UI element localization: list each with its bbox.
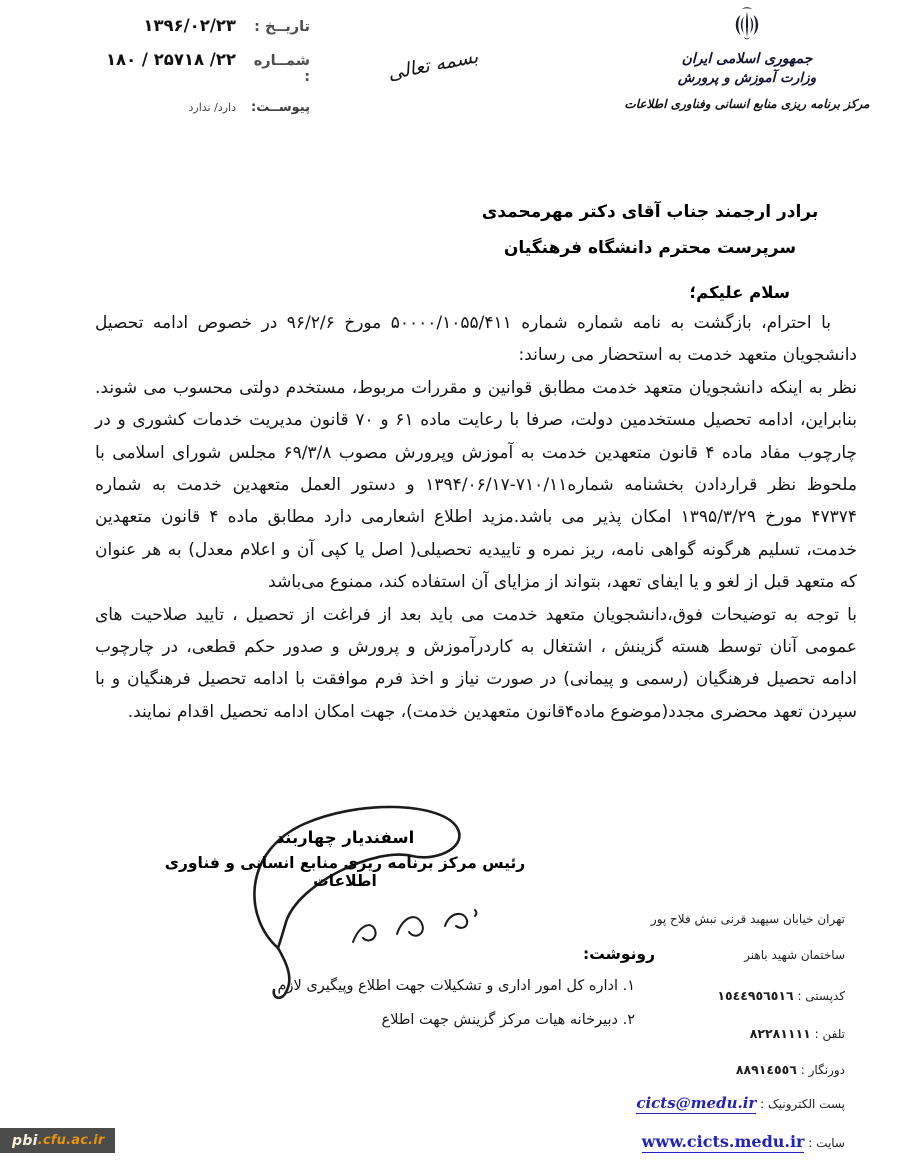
watermark-link[interactable]: pbi.cfu.ac.ir bbox=[0, 1128, 115, 1153]
footer-postal-line: کدپستی : ١٥٤٤٩٥٦٥١٦ bbox=[717, 988, 845, 1003]
body-line: چارچوب مفاد ماده ۴ قانون متعهدین خدمت به… bbox=[95, 437, 857, 469]
body-line: ادامه تحصیل فرهنگیان (رسمی و پیمانی) در … bbox=[95, 663, 857, 695]
footer-address-line2: ساختمان شهید باهنر bbox=[744, 948, 845, 962]
body-line: دانشجویان متعهد خدمت به استحضار می رساند… bbox=[95, 339, 857, 371]
postal-value: ١٥٤٤٩٥٦٥١٦ bbox=[717, 988, 793, 1003]
cc-label: رونوشت: bbox=[275, 945, 655, 963]
body-line: ملحوظ نظر قراردادن بخشنامه شماره۷۱۰/۱۱-۱… bbox=[95, 469, 857, 501]
meta-number-row: شمــاره : ۲۲/ ۲۵۷۱۸ / ۱۸۰ bbox=[95, 50, 310, 85]
website-label: سایت : bbox=[808, 1136, 845, 1150]
email-label: پست الکترونیک : bbox=[760, 1097, 845, 1111]
fax-label: دورنگار : bbox=[801, 1063, 845, 1077]
number-value: ۲۲/ ۲۵۷۱۸ / ۱۸۰ bbox=[106, 50, 236, 69]
iran-national-emblem-icon bbox=[727, 4, 767, 48]
watermark-suffix: .cfu.ac.ir bbox=[38, 1133, 105, 1148]
letterhead-country: جمهوری اسلامی ایران bbox=[622, 50, 872, 69]
cc-block: رونوشت: ۱. اداره کل امور اداری و تشکیلات… bbox=[275, 945, 655, 1037]
body-line: ۴۷۳۷۴ مورخ ۱۳۹۵/۳/۲۹ امکان پذیر می باشد.… bbox=[95, 501, 857, 533]
body-line: بنابراین، ادامه تحصیل مستخدمین دولت، صرف… bbox=[95, 404, 857, 436]
body-line: عمومی آنان توسط هسته گزینش ، اشتغال به ک… bbox=[95, 631, 857, 663]
phone-label: تلفن : bbox=[815, 1027, 845, 1041]
letter-body: با احترام، بازگشت به نامه شماره شماره ۵۰… bbox=[95, 307, 857, 728]
email-link[interactable]: cicts@medu.ir bbox=[636, 1094, 756, 1114]
besmellah-calligraphy: بسمه تعالی bbox=[377, 44, 489, 87]
footer-address-line1: تهران خیابان سپهبد قرنی نبش فلاح پور bbox=[651, 912, 845, 926]
attachment-label: پیوســت: bbox=[246, 100, 310, 115]
body-line: با احترام، بازگشت به نامه شماره شماره ۵۰… bbox=[95, 307, 857, 339]
signature-block: اسفندیار چهاربند رئیس مرکز برنامه ریزی م… bbox=[160, 828, 530, 890]
letterhead-center-name: مرکز برنامه ریزی منابع انسانی وفناوری اط… bbox=[622, 97, 872, 111]
recipient-name-line: برادر ارجمند جناب آقای دکتر مهرمحمدی bbox=[460, 194, 840, 230]
salutation: سلام علیکم؛ bbox=[690, 283, 790, 302]
cc-item: ۲. دبیرخانه هیات مرکز گزینش جهت اطلاع bbox=[275, 1003, 655, 1037]
footer-email-line: پست الکترونیک : cicts@medu.ir bbox=[636, 1094, 845, 1112]
recipient-title-line: سرپرست محترم دانشگاه فرهنگیان bbox=[460, 230, 840, 266]
footer-website-line: سایت : www.cicts.medu.ir bbox=[642, 1132, 845, 1151]
letter-meta-block: تاریــخ : ۱۳۹۶/۰۲/۲۳ شمــاره : ۲۲/ ۲۵۷۱۸… bbox=[95, 16, 310, 130]
letterhead: جمهوری اسلامی ایران وزارت آموزش و پرورش … bbox=[622, 4, 872, 111]
footer-phone-line: تلفن : ٨٢٢٨١١١١ bbox=[750, 1026, 845, 1041]
body-line: سپردن تعهد محضری مجدد(موضوع ماده۴قانون م… bbox=[95, 696, 857, 728]
recipient-block: برادر ارجمند جناب آقای دکتر مهرمحمدی سرپ… bbox=[460, 194, 840, 266]
number-label: شمــاره : bbox=[246, 53, 310, 85]
date-value: ۱۳۹۶/۰۲/۲۳ bbox=[143, 16, 236, 35]
footer-fax-line: دورنگار : ٨٨٩١٤٥٥٦ bbox=[736, 1062, 845, 1077]
fax-value: ٨٨٩١٤٥٥٦ bbox=[736, 1062, 797, 1077]
attachment-value: دارد/ ندارد bbox=[189, 101, 236, 114]
body-line: که متعهد قبل از لغو و یا ایفای تعهد، بتو… bbox=[95, 566, 857, 598]
cc-item: ۱. اداره کل امور اداری و تشکیلات جهت اطل… bbox=[275, 969, 655, 1003]
signatory-title: رئیس مرکز برنامه ریزی منابع انسانی و فنا… bbox=[160, 854, 530, 890]
meta-attachment-row: پیوســت: دارد/ ندارد bbox=[95, 100, 310, 115]
signatory-name: اسفندیار چهاربند bbox=[160, 828, 530, 847]
date-label: تاریــخ : bbox=[246, 19, 310, 35]
body-line: با توجه به توضیحات فوق،دانشجویان متعهد خ… bbox=[95, 599, 857, 631]
website-link[interactable]: www.cicts.medu.ir bbox=[642, 1132, 805, 1153]
body-line: خدمت، تسلیم هرگونه گواهی نامه، ریز نمره … bbox=[95, 534, 857, 566]
letterhead-ministry: وزارت آموزش و پرورش bbox=[622, 69, 872, 88]
postal-label: کدپستی : bbox=[797, 989, 845, 1003]
meta-date-row: تاریــخ : ۱۳۹۶/۰۲/۲۳ bbox=[95, 16, 310, 35]
body-line: نظر به اینکه دانشجویان متعهد خدمت مطابق … bbox=[95, 372, 857, 404]
phone-value: ٨٢٢٨١١١١ bbox=[750, 1026, 811, 1041]
watermark-prefix: pbi bbox=[12, 1133, 38, 1149]
scanned-letter-page: تاریــخ : ۱۳۹۶/۰۲/۲۳ شمــاره : ۲۲/ ۲۵۷۱۸… bbox=[0, 0, 900, 1165]
